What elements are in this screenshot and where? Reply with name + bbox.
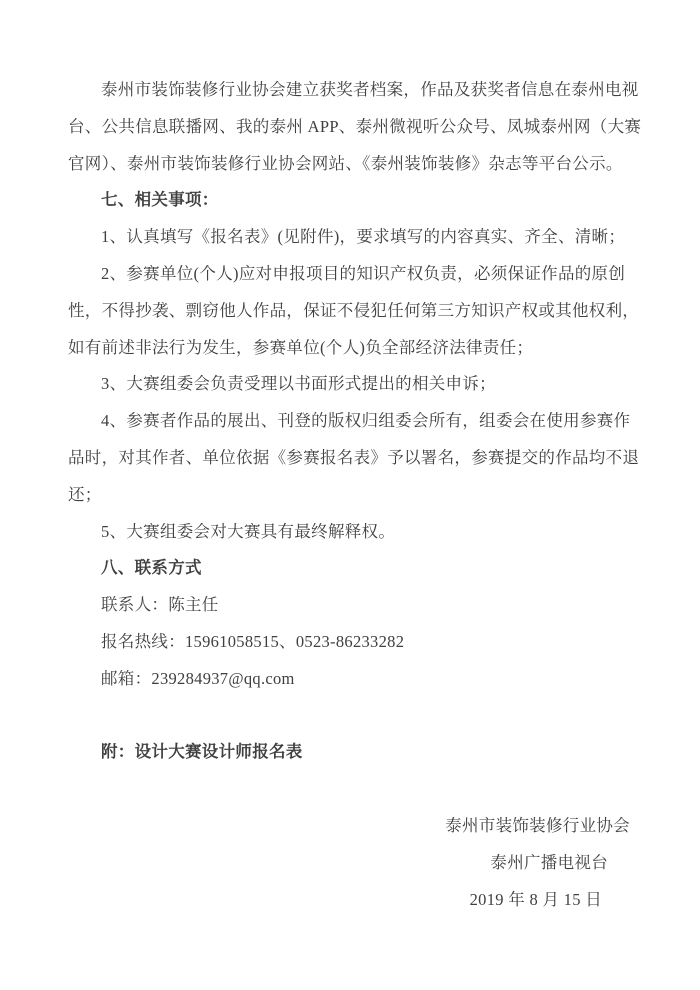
signature-date: 2019 年 8 月 15 日: [68, 882, 635, 919]
section8-heading: 八、联系方式: [68, 550, 635, 587]
section7-item2-line-3: 如有前述非法行为发生，参赛单位(个人)负全部经济法律责任；: [68, 330, 635, 367]
section7-heading: 七、相关事项：: [68, 182, 635, 219]
contact-person-line: 联系人：陈主任: [68, 587, 635, 624]
publicity-paragraph-line-1: 泰州市装饰装修行业协会建立获奖者档案，作品及获奖者信息在泰州电视: [68, 72, 635, 109]
document-page: 泰州市装饰装修行业协会建立获奖者档案，作品及获奖者信息在泰州电视 台、公共信息联…: [0, 0, 700, 990]
section7-item2-line-1: 2、参赛单位(个人)应对申报项目的知识产权负责，必须保证作品的原创: [68, 256, 635, 293]
email-line: 邮箱：239284937@qq.com: [68, 661, 635, 698]
section7-item1-line-1: 1、认真填写《报名表》(见附件)，要求填写的内容真实、齐全、清晰；: [68, 219, 635, 256]
section7-item4-line-1: 4、参赛者作品的展出、刊登的版权归组委会所有，组委会在使用参赛作: [68, 403, 635, 440]
section7-item4-line-2: 品时，对其作者、单位依据《参赛报名表》予以署名，参赛提交的作品均不退: [68, 440, 635, 477]
section7-item3-line-1: 3、大赛组委会负责受理以书面形式提出的相关申诉；: [68, 366, 635, 403]
signature-org-association: 泰州市装饰装修行业协会: [68, 808, 635, 845]
attachment-note: 附：设计大赛设计师报名表: [68, 734, 635, 771]
signature-org-tv: 泰州广播电视台: [68, 845, 635, 882]
section7-item2-line-2: 性，不得抄袭、剽窃他人作品，保证不侵犯任何第三方知识产权或其他权利，: [68, 293, 635, 330]
hotline-line: 报名热线：15961058515、0523-86233282: [68, 624, 635, 661]
section7-item4-line-3: 还；: [68, 477, 635, 514]
section7-item5-line-1: 5、大赛组委会对大赛具有最终解释权。: [68, 514, 635, 551]
publicity-paragraph-line-3: 官网）、泰州市装饰装修行业协会网站、《泰州装饰装修》杂志等平台公示。: [68, 146, 635, 183]
publicity-paragraph-line-2: 台、公共信息联播网、我的泰州 APP、泰州微视听公众号、凤城泰州网（大赛: [68, 109, 635, 146]
